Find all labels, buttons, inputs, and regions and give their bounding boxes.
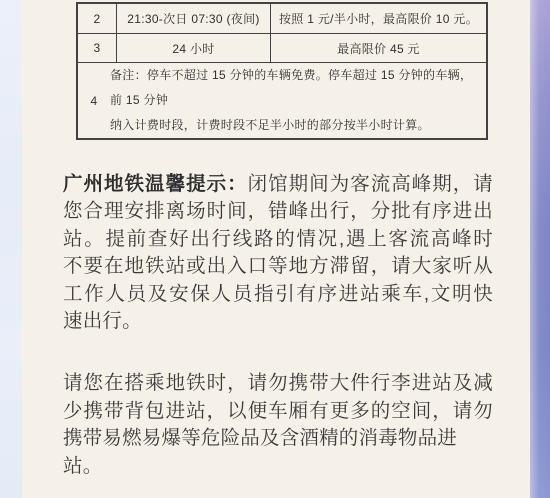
note-line: 备注：停车不超过 15 分钟的车辆免费。停车超过 15 分钟的车辆，前 15 分… <box>110 63 480 113</box>
time-period-cell: 24 小时 <box>117 34 271 63</box>
note-wrap: 4 备注：停车不超过 15 分钟的车辆免费。停车超过 15 分钟的车辆，前 15… <box>78 63 486 138</box>
table-row: 2 21:30-次日 07:30 (夜间) 按照 1 元/半小时，最高限价 10… <box>77 3 487 34</box>
row-number-cell: 2 <box>77 3 117 34</box>
tips-line: 站。提前查好出行线路的情况,遇上客流高峰时 <box>63 226 493 253</box>
tips-paragraph-2: 请您在搭乘地铁时，请勿携带大件行李进站及减 少携带背包进站，以便车厢有更多的空间… <box>63 370 493 480</box>
tips-line-text: 闭馆期间为客流高峰期，请 <box>248 173 493 195</box>
tips-line: 少携带背包进站，以便车厢有更多的空间，请勿 <box>63 398 493 425</box>
tips-line: 工作人员及安保人员指引有序进站乘车,文明快 <box>63 281 493 308</box>
note-text: 备注：停车不超过 15 分钟的车辆免费。停车超过 15 分钟的车辆，前 15 分… <box>110 63 486 138</box>
right-edge-gradient <box>530 0 550 498</box>
left-edge-gradient <box>0 0 22 498</box>
tips-line: 广州地铁温馨提示：闭馆期间为客流高峰期，请 <box>63 171 493 198</box>
table-row-note: 4 备注：停车不超过 15 分钟的车辆免费。停车超过 15 分钟的车辆，前 15… <box>77 63 487 140</box>
fee-cell: 最高限价 45 元 <box>271 34 488 63</box>
note-cell: 4 备注：停车不超过 15 分钟的车辆免费。停车超过 15 分钟的车辆，前 15… <box>77 63 487 140</box>
parking-fee-table: 2 21:30-次日 07:30 (夜间) 按照 1 元/半小时，最高限价 10… <box>76 2 488 140</box>
row-number-cell: 3 <box>77 34 117 63</box>
fee-cell: 按照 1 元/半小时，最高限价 10 元。 <box>271 3 488 34</box>
note-line: 纳入计费时段，计费时段不足半小时的部分按半小时计算。 <box>110 113 480 138</box>
article-page: 2 21:30-次日 07:30 (夜间) 按照 1 元/半小时，最高限价 10… <box>0 0 550 498</box>
tips-title: 广州地铁温馨提示： <box>63 173 248 195</box>
tips-line: 您合理安排离场时间，错峰出行，分批有序进出 <box>63 198 493 225</box>
tips-line: 不要在地铁站或出入口等地方滞留，请大家听从 <box>63 253 493 280</box>
tips-line: 携带易燃易爆等危险品及含酒精的消毒物品进站。 <box>63 425 493 480</box>
table-row: 3 24 小时 最高限价 45 元 <box>77 34 487 63</box>
tips-line: 请您在搭乘地铁时，请勿携带大件行李进站及减 <box>63 370 493 397</box>
time-period-cell: 21:30-次日 07:30 (夜间) <box>117 3 271 34</box>
tips-line: 速出行。 <box>63 308 493 335</box>
tips-paragraph-1: 广州地铁温馨提示：闭馆期间为客流高峰期，请 您合理安排离场时间，错峰出行，分批有… <box>63 171 493 335</box>
metro-tips-text: 广州地铁温馨提示：闭馆期间为客流高峰期，请 您合理安排离场时间，错峰出行，分批有… <box>63 171 493 480</box>
row-number-cell: 4 <box>78 94 110 108</box>
